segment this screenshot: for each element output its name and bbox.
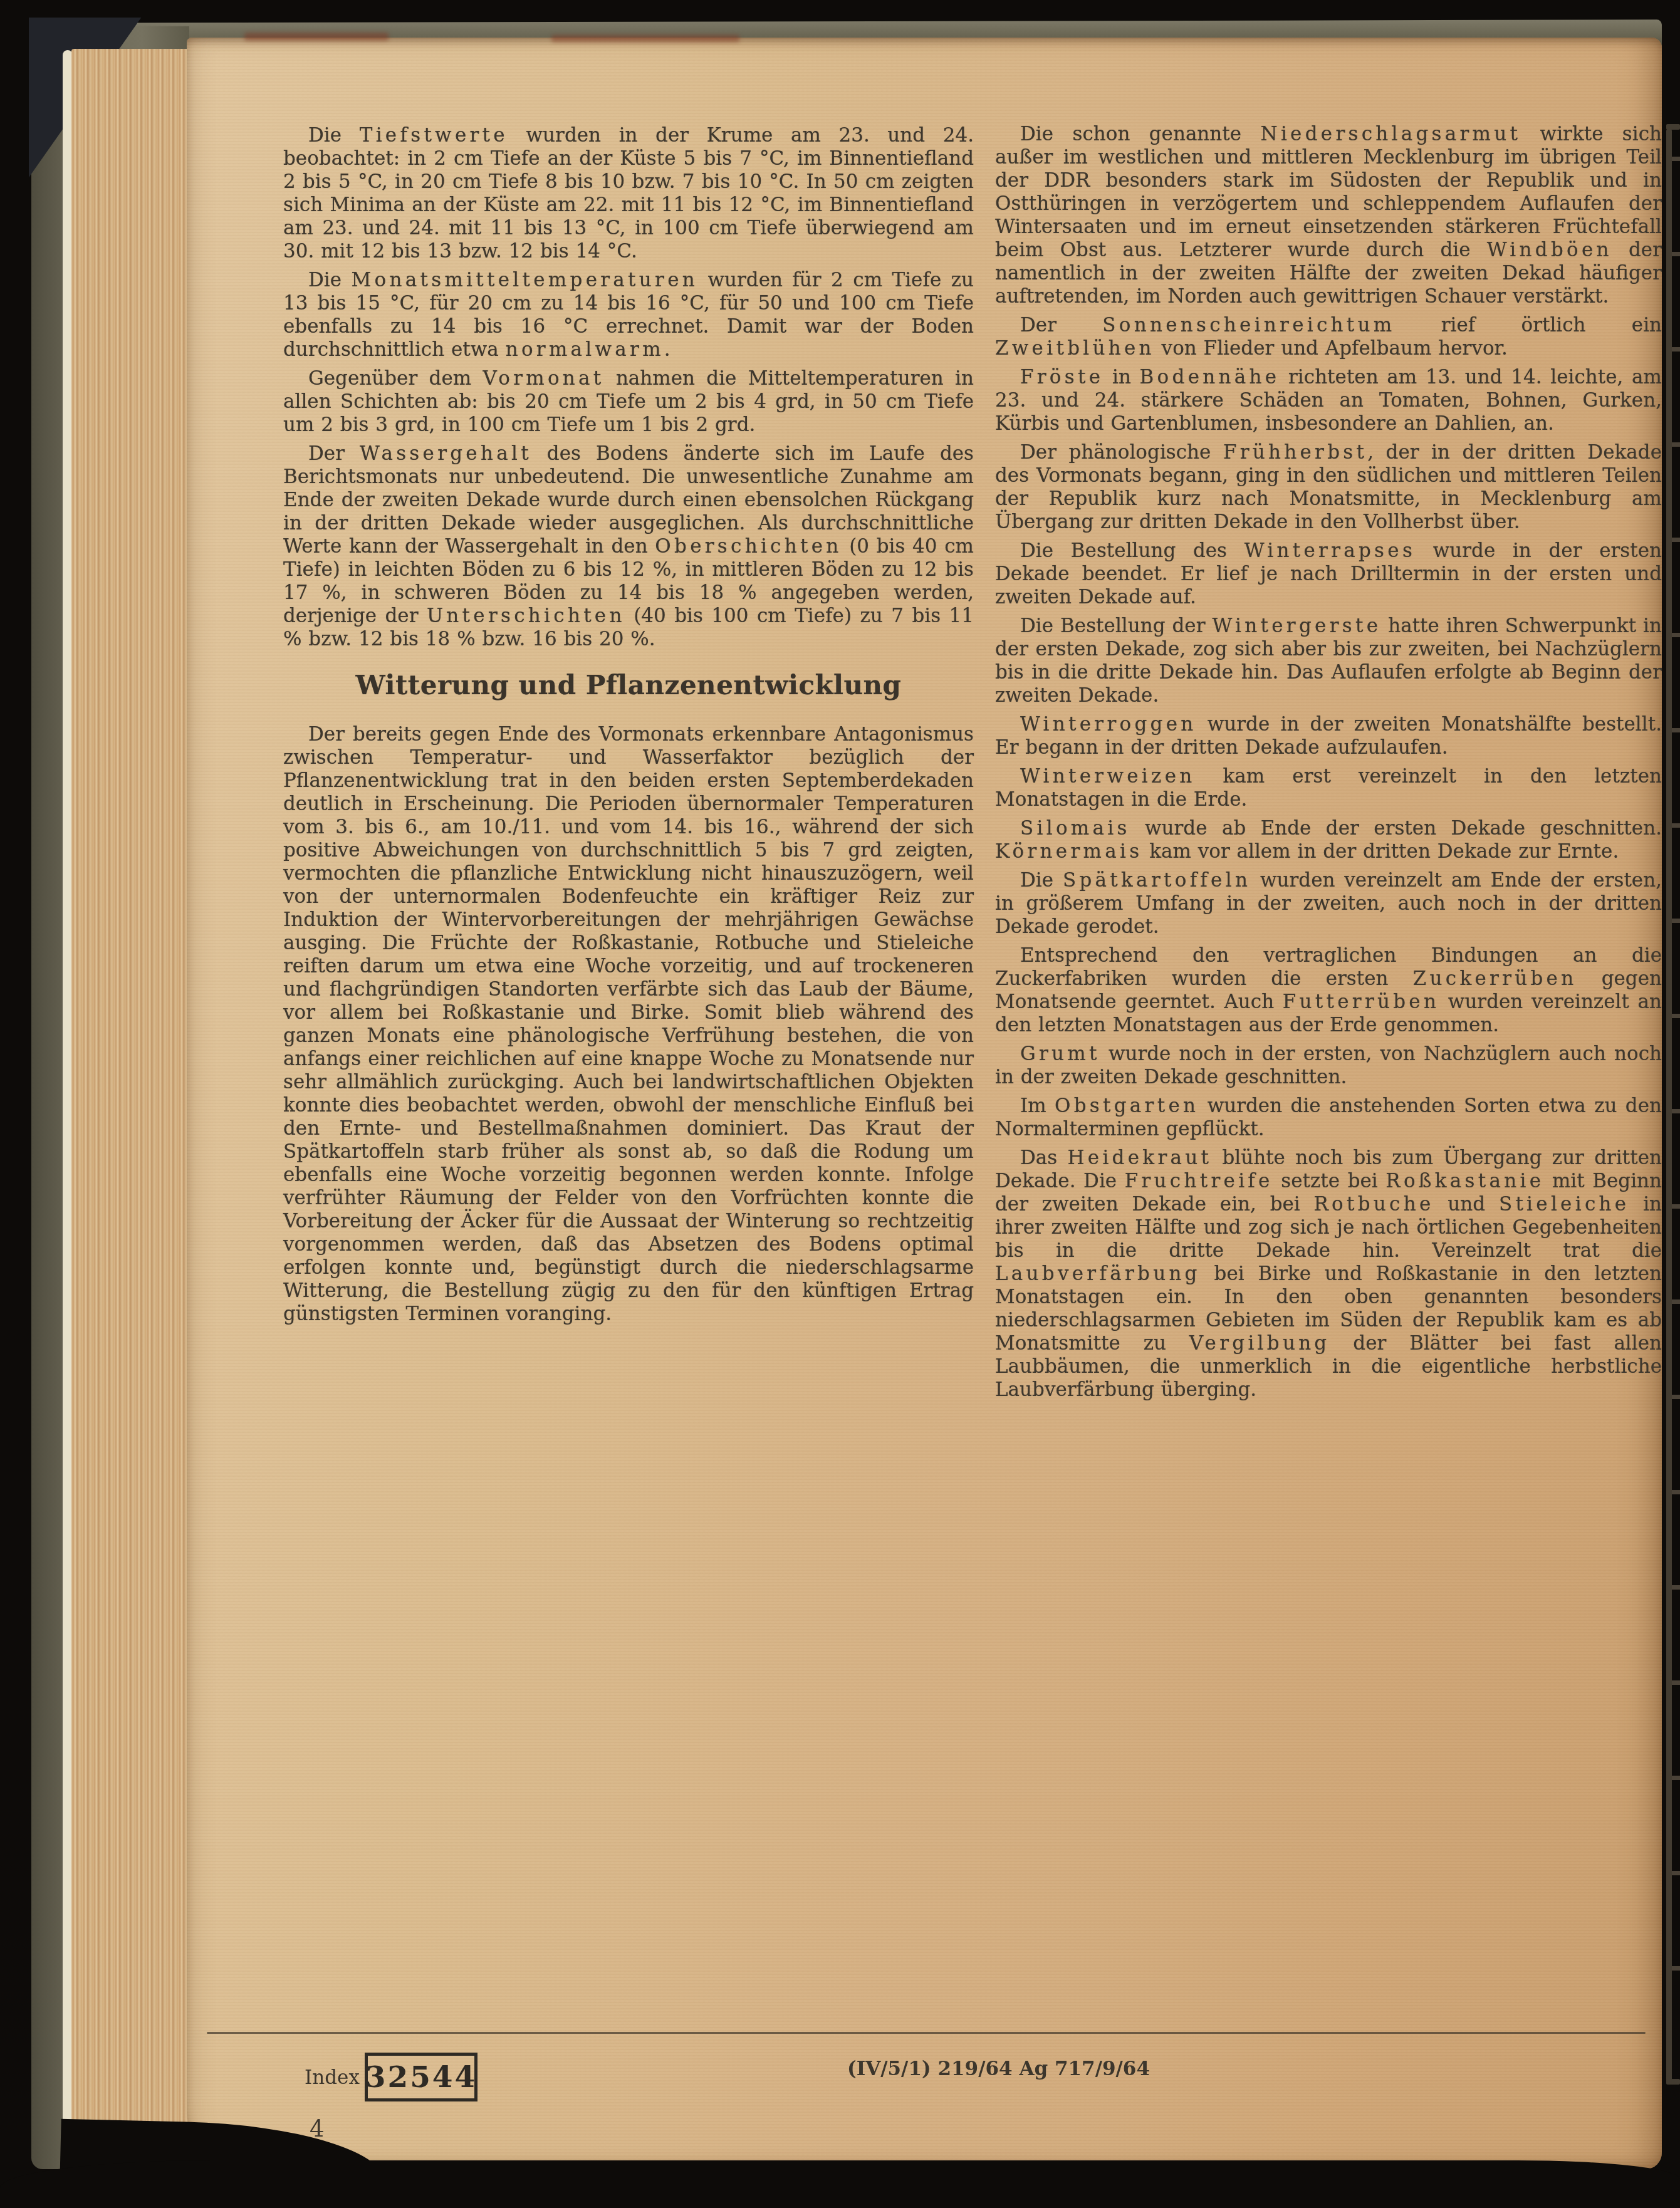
text-run: Der (308, 442, 360, 465)
text-run: rief örtlich ein (1395, 314, 1662, 336)
letterspaced-term: Fruchtreife (1125, 1170, 1273, 1192)
letterspaced-term: Unterschichten (427, 605, 625, 627)
letterspaced-term: Winterweizen (1020, 765, 1196, 788)
paragraph: Entsprechend den vertraglichen Bindungen… (995, 944, 1662, 1037)
paragraph: Die Spätkartoffeln wurden vereinzelt am … (995, 869, 1662, 939)
letterspaced-term: Heidekraut (1068, 1147, 1213, 1169)
letterspaced-term: Monatsmitteltemperaturen (352, 269, 698, 291)
letterspaced-term: Frühherbst (1223, 441, 1367, 464)
letterspaced-term: Winterrapses (1244, 539, 1416, 562)
index-label: Index (305, 2066, 360, 2089)
letterspaced-term: Windböen (1487, 239, 1612, 261)
paragraph: Die Monatsmitteltemperaturen wurden für … (283, 269, 974, 362)
letterspaced-term: Oberschichten (655, 535, 842, 558)
next-page-table-ticks (1672, 157, 1680, 2061)
text-run: Die (1020, 869, 1063, 892)
paragraph: Die Bestellung der Wintergerste hatte ih… (995, 615, 1662, 707)
paragraph: Der bereits gegen Ende des Vormonats erk… (283, 723, 974, 1326)
right-column: Die schon genannte Niederschlagsarmut wi… (995, 123, 1662, 1407)
letterspaced-term: Winterroggen (1020, 713, 1197, 736)
letterspaced-term: Rotbuche (1313, 1193, 1434, 1216)
letterspaced-term: Vergilbung (1189, 1332, 1330, 1355)
text-run: Die Bestellung der (1020, 615, 1212, 637)
letterspaced-term: Laubverfärbung (995, 1263, 1201, 1285)
text-run: Die (308, 269, 352, 291)
text-run: setzte bei (1273, 1170, 1386, 1192)
letterspaced-term: Obstgarten (1055, 1095, 1199, 1117)
section-heading: Witterung und Pflanzenentwicklung (283, 670, 974, 700)
letterspaced-term: Wassergehalt (360, 442, 532, 465)
letterspaced-term: Fröste (1020, 366, 1103, 388)
paragraph: Gegenüber dem Vormonat nahmen die Mittel… (283, 367, 974, 437)
paragraph: Der Sonnenscheinreichtum rief örtlich ei… (995, 314, 1662, 360)
text-run: Die Bestellung des (1020, 539, 1244, 562)
next-page-table-bottom-corner (1666, 2079, 1680, 2085)
letterspaced-term: Körnermais (995, 840, 1142, 863)
left-column: Die Tiefstwerte wurden in der Krume am 2… (283, 124, 974, 1331)
letterspaced-term: Wintergerste (1212, 615, 1381, 637)
paragraph: Der phänologische Frühherbst, der in der… (995, 441, 1662, 534)
letterspaced-term: Zuckerrüben (1413, 967, 1577, 990)
letterspaced-term: Zweitblühen (995, 337, 1155, 360)
scan-bottom-edge (0, 2160, 1680, 2208)
top-edge-mark (551, 35, 739, 42)
page-edge-stack (71, 49, 203, 2152)
top-edge-mark (244, 33, 389, 41)
paragraph: Die Tiefstwerte wurden in der Krume am 2… (283, 124, 974, 263)
letterspaced-term: Stieleiche (1499, 1193, 1630, 1216)
left-column-upper-paragraphs: Die Tiefstwerte wurden in der Krume am 2… (283, 124, 974, 651)
scan-background: { "colors":{"paper":"#d5b083","ink":"#3e… (0, 0, 1680, 2208)
letterspaced-term: Vormonat (483, 367, 604, 390)
footer-rule (207, 2032, 1646, 2034)
letterspaced-term: Bodennähe (1140, 366, 1280, 388)
text-run: . (664, 338, 670, 361)
letterspaced-term: Niederschlagsarmut (1260, 123, 1521, 145)
paragraph: Winterweizen kam erst vereinzelt in den … (995, 765, 1662, 811)
text-run: von Flieder und Apfelbaum hervor. (1155, 337, 1508, 360)
paragraph: Fröste in Bodennähe richteten am 13. und… (995, 366, 1662, 435)
text-run: Der phänologische (1020, 441, 1223, 464)
left-column-lower-paragraphs: Der bereits gegen Ende des Vormonats erk… (283, 723, 974, 1326)
letterspaced-term: Silomais (1020, 817, 1130, 840)
letterspaced-term: normalwarm (506, 338, 664, 361)
text-run: Im (1020, 1095, 1055, 1117)
next-page-table-top-corner (1666, 124, 1680, 130)
text-run: in (1103, 366, 1139, 388)
paragraph: Winterroggen wurde in der zweiten Monats… (995, 713, 1662, 759)
letterspaced-term: Sonnenscheinreichtum (1102, 314, 1395, 336)
text-run: und (1434, 1193, 1499, 1216)
paragraph: Das Heidekraut blühte noch bis zum Überg… (995, 1147, 1662, 1402)
print-code: (IV/5/1) 219/64 Ag 717/9/64 (847, 2058, 1150, 2080)
index-number: 32544 (365, 2060, 477, 2095)
index-stamp-box: 32544 (365, 2053, 477, 2101)
letterspaced-term: Futterrüben (1283, 991, 1439, 1013)
letterspaced-term: Spätkartoffeln (1063, 869, 1251, 892)
text-run: wurde ab Ende der ersten Dekade geschnit… (1130, 817, 1662, 840)
text-run: Die schon genannte (1020, 123, 1260, 145)
text-run: Gegenüber dem (308, 367, 483, 390)
text-run: Die (308, 124, 360, 147)
paragraph: Der Wassergehalt des Bodens änderte sich… (283, 442, 974, 651)
text-run: Das (1020, 1147, 1068, 1169)
paragraph: Silomais wurde ab Ende der ersten Dekade… (995, 817, 1662, 863)
paragraph: Im Obstgarten wurden die anstehenden Sor… (995, 1095, 1662, 1141)
letterspaced-term: Roßkastanie (1385, 1170, 1544, 1192)
letterspaced-term: Tiefstwerte (360, 124, 508, 147)
paragraph: Die Bestellung des Winterrapses wurde in… (995, 539, 1662, 609)
paragraph: Die schon genannte Niederschlagsarmut wi… (995, 123, 1662, 308)
text-run: kam vor allem in der dritten Dekade zur … (1142, 840, 1619, 863)
text-run: Der (1020, 314, 1102, 336)
text-run: Der bereits gegen Ende des Vormonats erk… (283, 723, 974, 1325)
paragraph: Grumt wurde noch in der ersten, von Nach… (995, 1043, 1662, 1089)
next-page-table-border (1666, 129, 1672, 2084)
letterspaced-term: Grumt (1020, 1043, 1100, 1065)
